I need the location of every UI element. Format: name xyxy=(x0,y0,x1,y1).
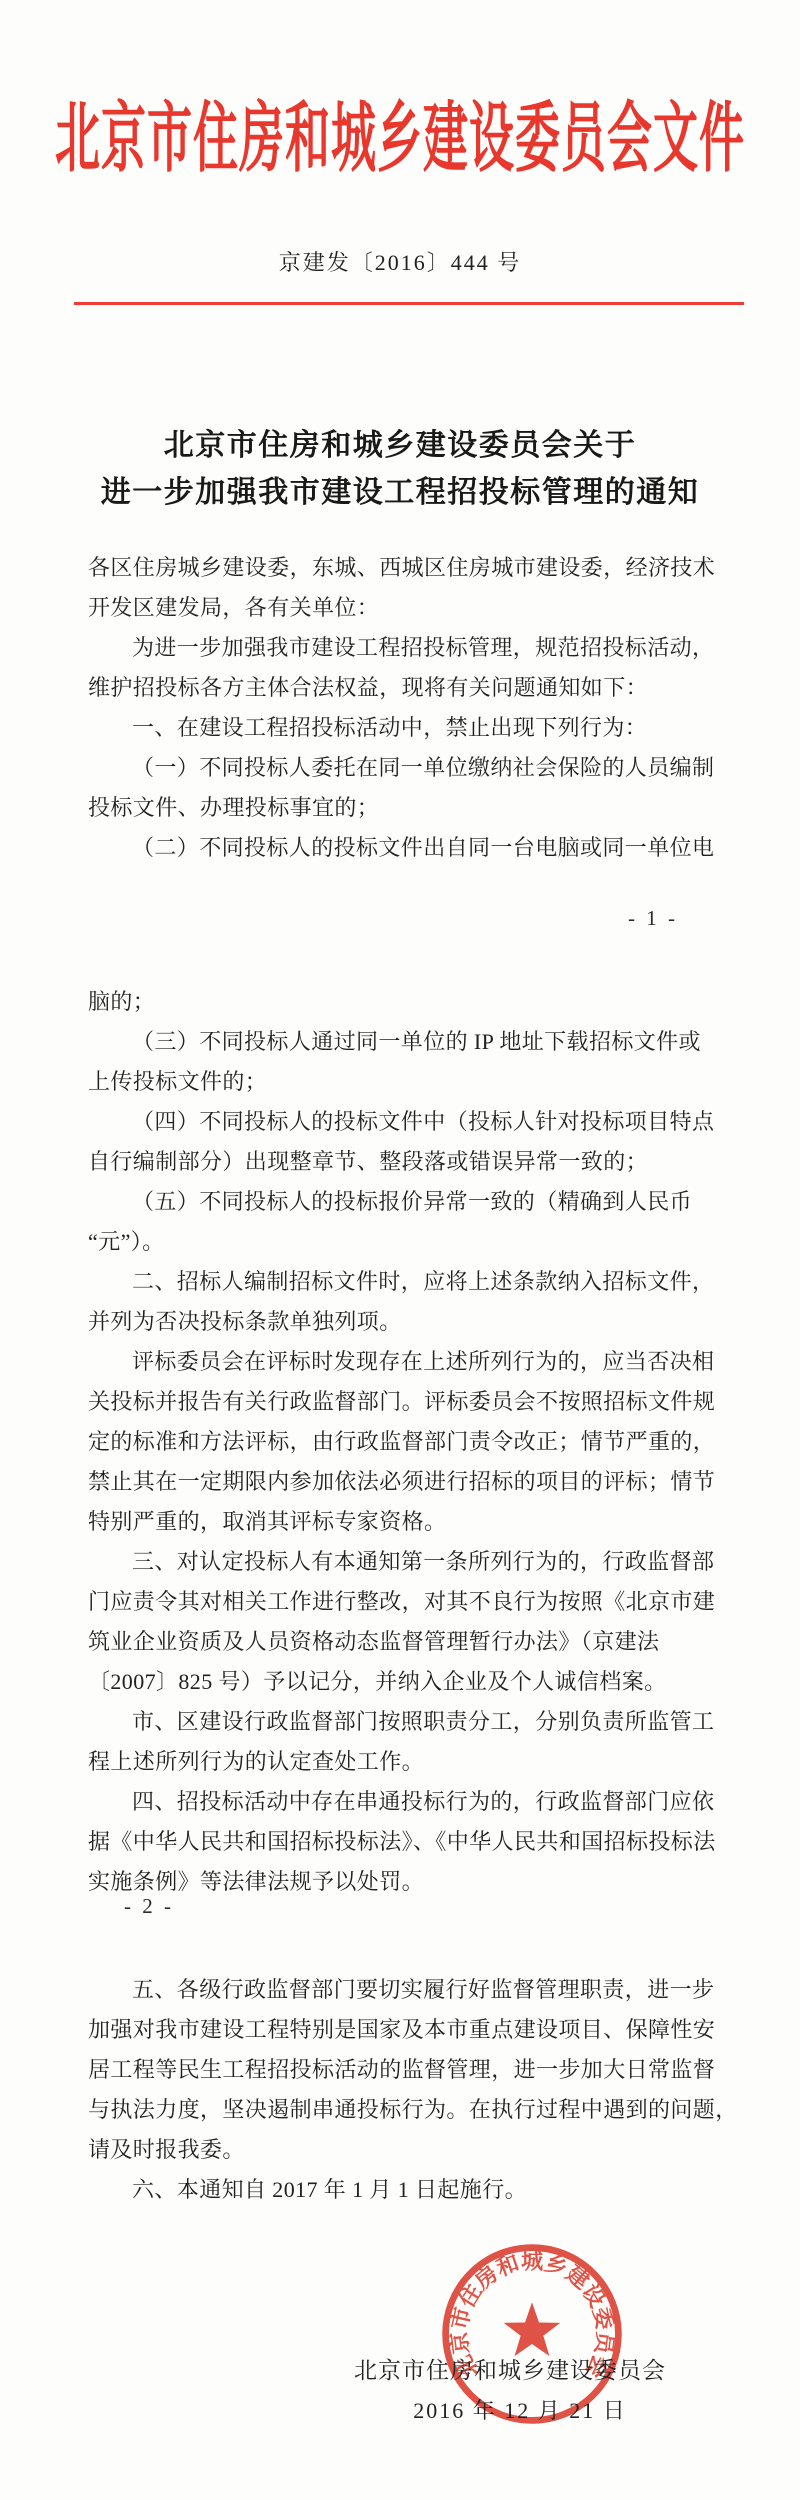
document-line: 请及时报我委。 xyxy=(88,2130,718,2170)
document-line: 三、对认定投标人有本通知第一条所列行为的，行政监督部 xyxy=(88,1542,718,1582)
signature-organization: 北京市住房和城乡建设委员会 xyxy=(260,2352,760,2385)
document-line: （三）不同投标人通过同一单位的 IP 地址下载招标文件或 xyxy=(88,1022,718,1062)
document-title: 北京市住房和城乡建设委员会关于 进一步加强我市建设工程招投标管理的通知 xyxy=(0,422,800,516)
document-line: 关投标并报告有关行政监督部门。评标委员会不按照招标文件规 xyxy=(88,1382,718,1422)
red-separator-line xyxy=(74,302,744,305)
document-line: （一）不同投标人委托在同一单位缴纳社会保险的人员编制 xyxy=(88,748,718,788)
document-number: 京建发〔2016〕444 号 xyxy=(0,246,800,277)
document-line: 加强对我市建设工程特别是国家及本市重点建设项目、保障性安 xyxy=(88,2010,718,2050)
body-page-2: 脑的；（三）不同投标人通过同一单位的 IP 地址下载招标文件或上传投标文件的；（… xyxy=(88,982,718,1902)
document-line: 五、各级行政监督部门要切实履行好监督管理职责，进一步 xyxy=(88,1970,718,2010)
document-line: 上传投标文件的； xyxy=(88,1062,718,1102)
document-line: 各区住房城乡建设委，东城、西城区住房城市建设委，经济技术 xyxy=(88,548,718,588)
document-line: 程上述所列行为的认定查处工作。 xyxy=(88,1742,718,1782)
document-line: 一、在建设工程招投标活动中，禁止出现下列行为： xyxy=(88,708,718,748)
signature-date: 2016 年 12 月 21 日 xyxy=(270,2394,770,2425)
document-line: （五）不同投标人的投标报价异常一致的（精确到人民币 xyxy=(88,1182,718,1222)
document-line: 为进一步加强我市建设工程招投标管理，规范招投标活动， xyxy=(88,628,718,668)
page-number-2: - 2 - xyxy=(124,1894,174,1919)
document-line: 维护招投标各方主体合法权益，现将有关问题通知如下： xyxy=(88,668,718,708)
body-page-1: 各区住房城乡建设委，东城、西城区住房城市建设委，经济技术开发区建发局，各有关单位… xyxy=(88,548,718,868)
document-line: 据《中华人民共和国招标投标法》、《中华人民共和国招标投标法 xyxy=(88,1822,718,1862)
document-line: 居工程等民生工程招投标活动的监督管理，进一步加大日常监督 xyxy=(88,2050,718,2090)
document-line: 投标文件、办理投标事宜的； xyxy=(88,788,718,828)
seal-star-icon xyxy=(504,2302,561,2356)
document-line: （二）不同投标人的投标文件出自同一台电脑或同一单位电 xyxy=(88,828,718,868)
document-line: 禁止其在一定期限内参加依法必须进行招标的项目的评标；情节 xyxy=(88,1462,718,1502)
official-document-page: 北京市住房和城乡建设委员会文件 京建发〔2016〕444 号 北京市住房和城乡建… xyxy=(0,0,800,2500)
document-line: 与执法力度，坚决遏制串通投标行为。在执行过程中遇到的问题， xyxy=(88,2090,718,2130)
document-line: （四）不同投标人的投标文件中（投标人针对投标项目特点 xyxy=(88,1102,718,1142)
document-line: 并列为否决投标条款单独列项。 xyxy=(88,1302,718,1342)
document-line: 开发区建发局，各有关单位： xyxy=(88,588,718,628)
document-line: 门应责令其对相关工作进行整改，对其不良行为按照《北京市建 xyxy=(88,1582,718,1622)
document-line: 〔2007〕825 号）予以记分，并纳入企业及个人诚信档案。 xyxy=(88,1662,718,1702)
document-line: 二、招标人编制招标文件时，应将上述条款纳入招标文件， xyxy=(88,1262,718,1302)
document-line: “元”）。 xyxy=(88,1222,718,1262)
document-line: 市、区建设行政监督部门按照职责分工，分别负责所监管工 xyxy=(88,1702,718,1742)
document-line: 筑业企业资质及人员资格动态监督管理暂行办法》（京建法 xyxy=(88,1622,718,1662)
document-line: 实施条例》等法律法规予以处罚。 xyxy=(88,1862,718,1902)
letterhead-title: 北京市住房和城乡建设委员会文件 xyxy=(55,76,745,187)
document-title-line-1: 北京市住房和城乡建设委员会关于 xyxy=(0,422,800,469)
document-line: 六、本通知自 2017 年 1 月 1 日起施行。 xyxy=(88,2170,718,2210)
document-line: 评标委员会在评标时发现存在上述所列行为的，应当否决相 xyxy=(88,1342,718,1382)
body-page-3: 五、各级行政监督部门要切实履行好监督管理职责，进一步加强对我市建设工程特别是国家… xyxy=(88,1970,718,2210)
document-line: 四、招投标活动中存在串通投标行为的，行政监督部门应依 xyxy=(88,1782,718,1822)
document-line: 自行编制部分）出现整章节、整段落或错误异常一致的； xyxy=(88,1142,718,1182)
letterhead-banner: 北京市住房和城乡建设委员会文件 xyxy=(0,72,800,190)
page-number-1: - 1 - xyxy=(628,906,678,931)
document-line: 定的标准和方法评标，由行政监督部门责令改正；情节严重的， xyxy=(88,1422,718,1462)
document-line: 脑的； xyxy=(88,982,718,1022)
document-title-line-2: 进一步加强我市建设工程招投标管理的通知 xyxy=(0,469,800,516)
document-line: 特别严重的，取消其评标专家资格。 xyxy=(88,1502,718,1542)
